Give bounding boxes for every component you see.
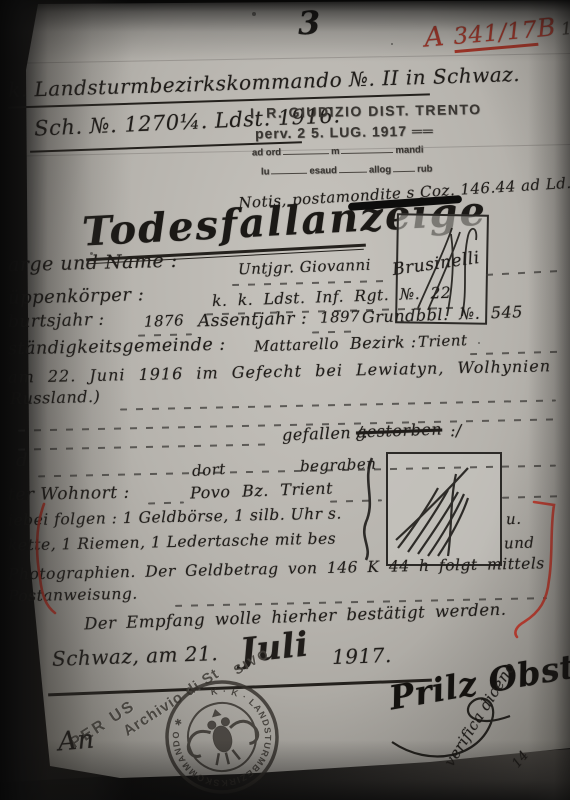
stamp-rule-line	[271, 173, 307, 175]
dort-word: dort	[191, 460, 226, 480]
field-bezirk-value: Trient	[418, 331, 468, 351]
stamp-field-label: m	[331, 146, 340, 157]
field-unit-label: üppenkörper :	[8, 284, 145, 309]
command-header: k. Landsturmbezirkskommando №. II in Sch…	[8, 62, 521, 102]
dust-speck	[391, 43, 393, 45]
estate-line-3: Photographien. Der Geldbetrag von 146 K …	[8, 554, 545, 583]
page-number: 3	[297, 4, 321, 43]
stamp-field-label: esaud	[309, 165, 337, 176]
addressee-an: An	[57, 724, 96, 757]
stamp-rule-line	[342, 152, 394, 154]
estate-line-2-fragment: und	[504, 533, 535, 552]
document-photo: 3 A 341/17B 118/17 k. Landsturmbezirksko…	[0, 0, 570, 800]
field-birthyear-value: 1876	[144, 311, 185, 330]
field-wohnort-label: ter Wohnort :	[8, 483, 130, 506]
d-fragment: d	[16, 450, 28, 471]
dotted-leader	[18, 443, 274, 450]
field-name-value: Untjgr. Giovanni	[238, 256, 372, 279]
estate-line-1-fragment: u.	[506, 510, 522, 529]
stamp-field-label: mandi	[395, 145, 423, 156]
file-ref-number-2: 118/17	[560, 14, 570, 39]
file-ref-series: A	[423, 21, 446, 54]
dotted-leader	[148, 502, 184, 505]
stamp-field-label: rub	[417, 164, 433, 175]
field-wohnort-value: Povo Bz. Trient	[190, 479, 334, 503]
dust-speck	[252, 12, 256, 16]
begraben-word: begraben	[300, 455, 377, 476]
closing-place-date: Schwaz, am 21.	[52, 641, 219, 671]
estate-line-2: kette, 1 Riemen, 1 Ledertasche mit bes	[8, 530, 336, 555]
red-file-reference: A 341/17B 118/17	[423, 5, 570, 53]
document-content: 3 A 341/17B 118/17 k. Landsturmbezirksko…	[0, 0, 570, 800]
field-grundbuch: Grundbbl. №. 545	[362, 302, 523, 327]
gestorben-struck-text: gestorben	[356, 420, 443, 442]
stamp-field-label: allog	[369, 164, 391, 175]
dust-speck	[478, 342, 480, 344]
verifica-number: 14	[509, 748, 532, 771]
field-assentyear-value: 1897	[320, 307, 361, 326]
stamp-field-label: ad ord	[252, 147, 281, 159]
dotted-leader	[502, 495, 560, 499]
stamp-rule-line	[283, 153, 329, 155]
file-ref-number: 341/17	[452, 17, 538, 53]
receipt-stamp-line-3: ad ordmmandi	[252, 145, 424, 159]
closing-year: 1917.	[332, 643, 393, 669]
estate-line-1: iebei folgen : 1 Geldbörse, 1 silb. Uhr …	[8, 505, 342, 530]
dotted-leader	[330, 499, 382, 502]
field-gemeinde-value: Mattarello	[254, 335, 340, 356]
field-death-line: am 22. Juni 1916 im Gefecht bei Lewiatyn…	[8, 356, 551, 386]
receipt-stamp-line-2: perv. 2 5. LUG. 1917 ══	[255, 122, 434, 141]
field-death-line-2: Russland.)	[10, 387, 101, 408]
date-underline	[48, 679, 432, 696]
stamp-rule-line	[339, 172, 367, 173]
file-ref-series-2: B	[536, 12, 557, 43]
field-bezirk-label: Bezirk :	[350, 332, 417, 353]
dotted-leader	[486, 270, 558, 276]
dotted-leader	[232, 280, 388, 286]
stamp-field-label: lu	[261, 166, 270, 177]
field-name-label: arge und Name :	[8, 250, 178, 276]
field-assentyear-label: Assentjahr :	[198, 309, 308, 332]
receipt-stamp-line-1: I. R. GIUDIZIO DIST. TRENTO	[250, 101, 482, 121]
field-gemeinde-label: ständigkeitsgemeinde :	[8, 335, 226, 360]
archive-watermark-fragment: Archivio di St	[120, 665, 222, 740]
field-birthyear-label: burtsjahr :	[8, 310, 105, 333]
dotted-leader	[120, 399, 556, 410]
gefallen-close-mark: :/	[450, 421, 462, 440]
receipt-stamp-line-4: luesaudallogrub	[261, 164, 433, 178]
estate-line-4: Postanweisung.	[8, 585, 138, 606]
dotted-leader	[470, 351, 558, 355]
stamp-rule-line	[393, 171, 415, 172]
